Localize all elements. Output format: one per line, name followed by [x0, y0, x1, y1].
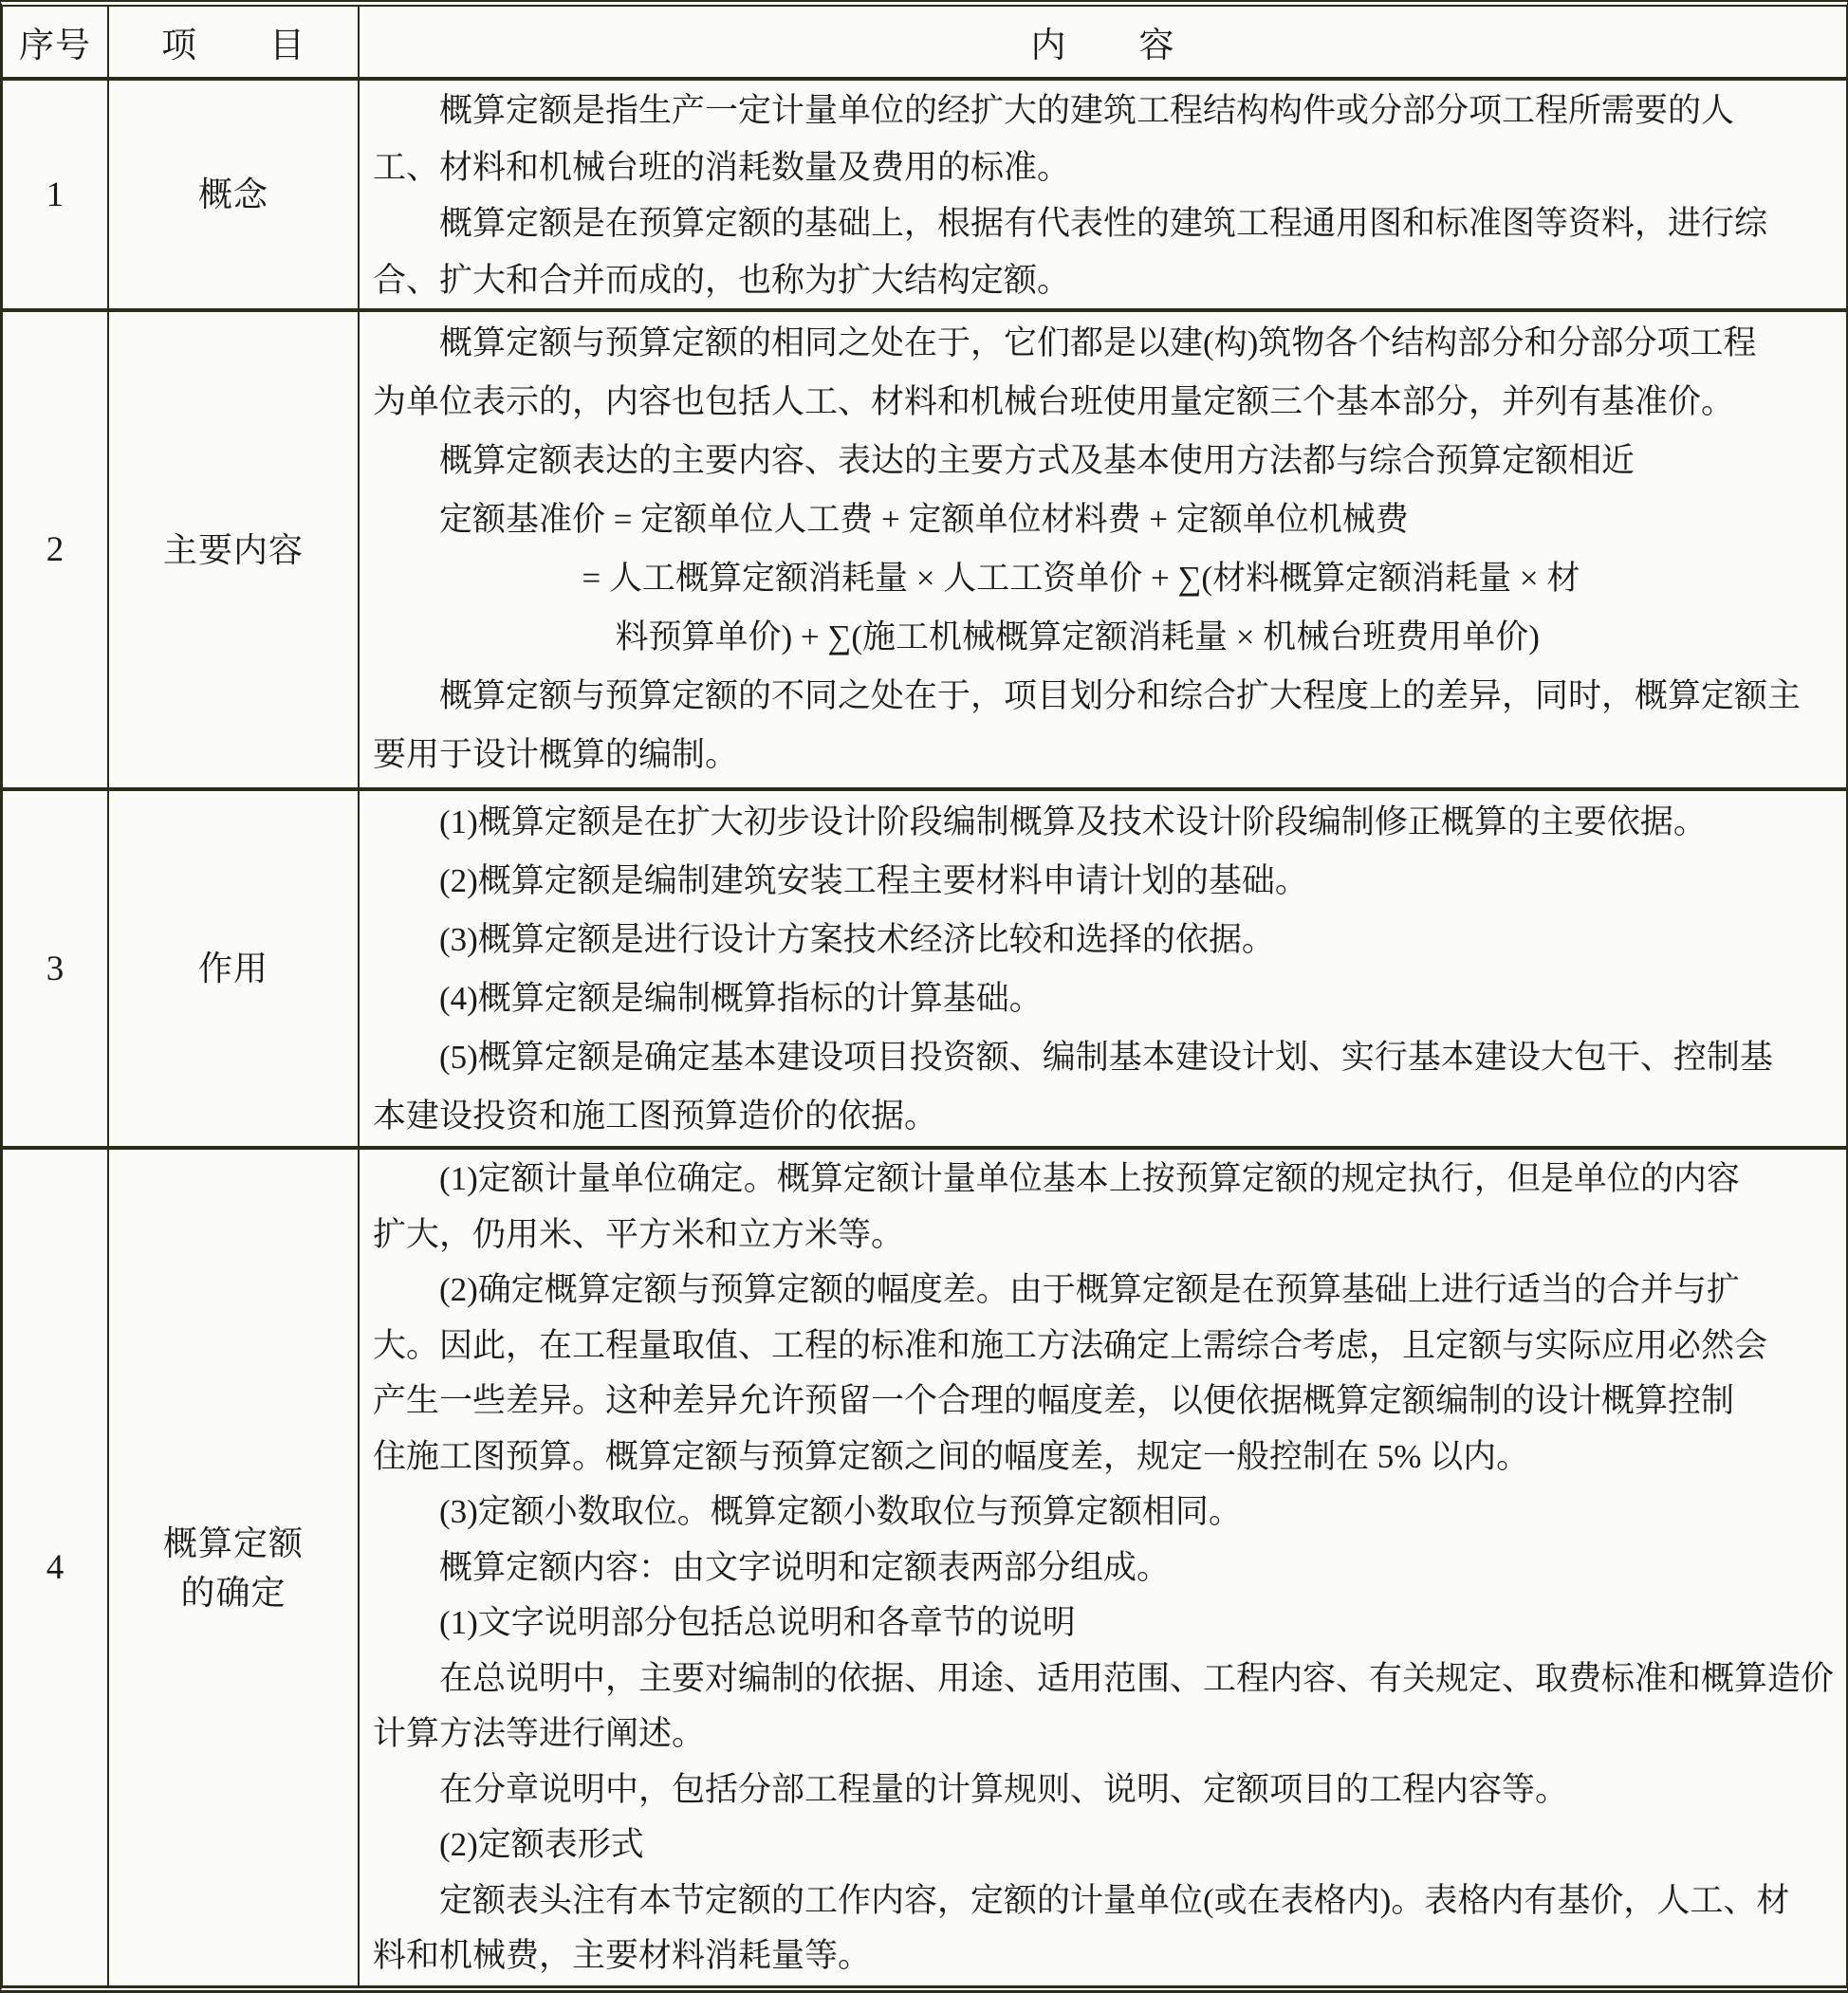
text-line: 概算定额: [163, 1519, 304, 1568]
text-line: 合、扩大和合并而成的，也称为扩大结构定额。: [373, 252, 1833, 309]
text-line: 的确定: [180, 1568, 286, 1617]
text-line: 概念: [198, 170, 268, 219]
text-line: 在分章说明中，包括分部工程量的计算规则、说明、定额项目的工程内容等。: [373, 1762, 1833, 1818]
text-line: 工、材料和机械台班的消耗数量及费用的标准。: [373, 139, 1833, 196]
text-line: (1)概算定额是在扩大初步设计阶段编制概算及技术设计阶段编制修正概算的主要依据。: [373, 793, 1833, 852]
row-2-content: 概算定额与预算定额的相同之处在于，它们都是以建(构)筑物各个结构部分和分部分项工…: [360, 312, 1846, 791]
text-line: (2)概算定额是编制建筑安装工程主要材料申请计划的基础。: [373, 852, 1833, 911]
text-line: 概算定额是指生产一定计量单位的经扩大的建筑工程结构构件或分部分项工程所需要的人: [373, 83, 1833, 139]
row-2-seq: 2: [3, 312, 109, 791]
text-line: (3)概算定额是进行设计方案技术经济比较和选择的依据。: [373, 911, 1833, 969]
text-line: 概算定额表达的主要内容、表达的主要方式及基本使用方法都与综合预算定额相近: [373, 432, 1833, 490]
text-line: (1)定额计量单位确定。概算定额计量单位基本上按预算定额的规定执行，但是单位的内…: [373, 1152, 1833, 1208]
row-1-seq: 1: [3, 81, 109, 312]
text-line: 扩大，仍用米、平方米和立方米等。: [373, 1208, 1833, 1264]
text-line: 概算定额与预算定额的不同之处在于，项目划分和综合扩大程度上的差异，同时，概算定额…: [373, 667, 1833, 726]
text-line: (2)定额表形式: [373, 1818, 1833, 1873]
text-line: 作用: [198, 944, 268, 993]
row-1-item: 概念: [109, 81, 360, 312]
text-line: 料和机械费，主要材料消耗量等。: [373, 1928, 1833, 1984]
text-line: 概算定额与预算定额的相同之处在于，它们都是以建(构)筑物各个结构部分和分部分项工…: [373, 314, 1833, 373]
text-line: 定额基准价 = 定额单位人工费 + 定额单位材料费 + 定额单位机械费: [373, 490, 1833, 549]
text-line: 本建设投资和施工图预算造价的依据。: [373, 1087, 1833, 1146]
row-3-content: (1)概算定额是在扩大初步设计阶段编制概算及技术设计阶段编制修正概算的主要依据。…: [360, 791, 1846, 1150]
text-line: 住施工图预算。概算定额与预算定额之间的幅度差，规定一般控制在 5% 以内。: [373, 1430, 1833, 1486]
header-content: 内 容: [360, 7, 1846, 81]
quota-definition-table: 序号 项 目 内 容 1 概念 概算定额是指生产一定计量单位的经扩大的建筑工程结…: [0, 0, 1848, 1993]
text-line: 概算定额是在预算定额的基础上，根据有代表性的建筑工程通用图和标准图等资料，进行综: [373, 195, 1833, 252]
text-line: 在总说明中，主要对编制的依据、用途、适用范围、工程内容、有关规定、取费标准和概算…: [373, 1652, 1833, 1707]
header-seq: 序号: [3, 7, 109, 81]
text-line: (4)概算定额是编制概算指标的计算基础。: [373, 969, 1833, 1028]
row-3-item: 作用: [109, 791, 360, 1150]
text-line: 定额表头注有本节定额的工作内容，定额的计量单位(或在表格内)。表格内有基价，人工…: [373, 1873, 1833, 1929]
header-item: 项 目: [109, 7, 360, 81]
document-page: 序号 项 目 内 容 1 概念 概算定额是指生产一定计量单位的经扩大的建筑工程结…: [0, 0, 1848, 1993]
text-line: (3)定额小数取位。概算定额小数取位与预算定额相同。: [373, 1485, 1833, 1541]
text-line: = 人工概算定额消耗量 × 人工工资单价 + ∑(材料概算定额消耗量 × 材: [582, 549, 1834, 608]
row-4-seq: 4: [3, 1150, 109, 1985]
text-line: 大。因此，在工程量取值、工程的标准和施工方法确定上需综合考虑，且定额与实际应用必…: [373, 1319, 1833, 1375]
text-line: (2)确定概算定额与预算定额的幅度差。由于概算定额是在预算基础上进行适当的合并与…: [373, 1263, 1833, 1319]
text-line: 主要内容: [163, 526, 304, 575]
text-line: 计算方法等进行阐述。: [373, 1707, 1833, 1762]
text-line: (1)文字说明部分包括总说明和各章节的说明: [373, 1596, 1833, 1652]
text-line: 产生一些差异。这种差异允许预留一个合理的幅度差，以便依据概算定额编制的设计概算控…: [373, 1374, 1833, 1430]
text-line: 料预算单价) + ∑(施工机械概算定额消耗量 × 机械台班费用单价): [616, 608, 1834, 667]
text-line: 要用于设计概算的编制。: [373, 726, 1833, 784]
text-line: (5)概算定额是确定基本建设项目投资额、编制基本建设计划、实行基本建设大包干、控…: [373, 1028, 1833, 1087]
row-2-item: 主要内容: [109, 312, 360, 791]
row-3-seq: 3: [3, 791, 109, 1150]
row-4-item: 概算定额的确定: [109, 1150, 360, 1985]
text-line: 为单位表示的，内容也包括人工、材料和机械台班使用量定额三个基本部分，并列有基准价…: [373, 373, 1833, 432]
text-line: 概算定额内容：由文字说明和定额表两部分组成。: [373, 1541, 1833, 1596]
row-4-content: (1)定额计量单位确定。概算定额计量单位基本上按预算定额的规定执行，但是单位的内…: [360, 1150, 1846, 1985]
row-1-content: 概算定额是指生产一定计量单位的经扩大的建筑工程结构构件或分部分项工程所需要的人工…: [360, 81, 1846, 312]
